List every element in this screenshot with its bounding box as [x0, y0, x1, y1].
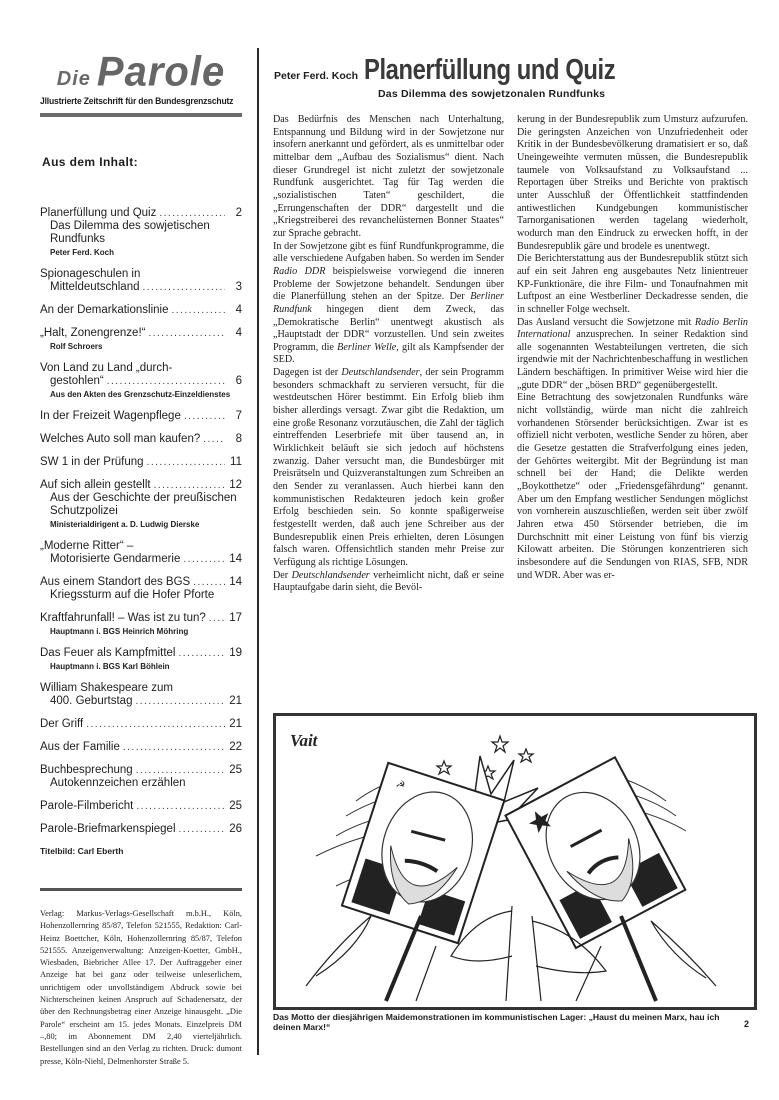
toc-leader-dots [136, 764, 225, 777]
toc-entry-title: Aus der Familie [40, 741, 120, 754]
toc-entry-author: Ministerialdirigent a. D. Ludwig Dierske [40, 519, 242, 530]
cartoon-signature: Vait [290, 731, 319, 750]
station-name: Deutschlandsender [341, 367, 419, 378]
imprint-divider [40, 888, 242, 891]
toc-entry-author: Peter Ferd. Koch [40, 247, 242, 258]
toc-entry-title-line: Spionageschulen in [40, 268, 242, 281]
article-column-1: Das Bedürfnis des Menschen nach Unterhal… [273, 114, 504, 595]
toc-entry[interactable]: William Shakespeare zum400. Geburtstag21 [40, 682, 242, 708]
article-paragraph: Dagegen ist der Deutschlandsender, der s… [273, 367, 504, 570]
toc-leader-dots [107, 375, 225, 388]
toc-entry[interactable]: Aus der Familie22 [40, 741, 242, 754]
column-divider [257, 48, 259, 1055]
toc-entry[interactable]: Welches Auto soll man kaufen?8 [40, 433, 242, 446]
toc-leader-dots [148, 327, 225, 340]
toc-entry-title: Mitteldeutschland [50, 281, 140, 294]
station-name: Berliner Welle [337, 342, 396, 353]
toc-page-number: 25 [228, 764, 242, 777]
toc-entry[interactable]: SW 1 in der Prüfung11 [40, 456, 242, 469]
article-header: Peter Ferd. Koch Planerfüllung und Quiz … [274, 54, 754, 100]
toc-page-number: 2 [228, 207, 242, 220]
magazine-logo: Die Parole [40, 50, 242, 92]
toc-page-number: 3 [228, 281, 242, 294]
toc-leader-dots [135, 695, 225, 708]
article-paragraph: Eine Betrachtung des sowjetzonalen Rundf… [517, 392, 748, 582]
article-paragraph: Das Ausland versucht die Sowjetzone mit … [517, 317, 748, 393]
table-of-contents: Planerfüllung und Quiz2Das Dilemma des s… [40, 207, 242, 836]
toc-leader-dots [203, 433, 225, 446]
toc-entry-title: SW 1 in der Prüfung [40, 456, 144, 469]
toc-entry-title: Aus einem Standort des BGS [40, 576, 190, 589]
magazine-tagline: Jllustrierte Zeitschrift für den Bundesg… [40, 96, 226, 106]
toc-entry-title: In der Freizeit Wagenpflege [40, 410, 181, 423]
toc-leader-dots [154, 479, 225, 492]
toc-leader-dots [209, 612, 225, 625]
toc-page-number: 21 [228, 718, 242, 731]
toc-page-number: 14 [228, 576, 242, 589]
toc-leader-dots [183, 553, 225, 566]
toc-page-number: 21 [228, 695, 242, 708]
toc-entry[interactable]: Das Feuer als Kampfmittel19Hauptmann i. … [40, 647, 242, 672]
toc-page-number: 17 [228, 612, 242, 625]
toc-entry-title: Das Feuer als Kampfmittel [40, 647, 176, 660]
article-author: Peter Ferd. Koch [274, 70, 358, 82]
masthead: Die Parole Jllustrierte Zeitschrift für … [40, 50, 242, 117]
toc-entry-author: Rolf Schroers [40, 341, 242, 352]
toc-page-number: 25 [228, 800, 242, 813]
toc-leader-dots [179, 823, 225, 836]
toc-entry-title: Der Griff [40, 718, 83, 731]
cartoon-illustration: Vait ☭ [273, 713, 757, 1010]
toc-leader-dots [179, 647, 226, 660]
toc-entry-title: gestohlen“ [50, 375, 104, 388]
toc-page-number: 14 [228, 553, 242, 566]
page-number: 2 [744, 1019, 749, 1029]
toc-page-number: 12 [228, 479, 242, 492]
cartoon-drawing: Vait ☭ [276, 716, 754, 1007]
toc-entry-title: Welches Auto soll man kaufen? [40, 433, 200, 446]
toc-entry[interactable]: Planerfüllung und Quiz2Das Dilemma des s… [40, 207, 242, 258]
toc-entry-subtitle: Kriegssturm auf die Hofer Pforte [40, 589, 242, 602]
toc-entry-author: Hauptmann i. BGS Karl Böhlein [40, 661, 242, 672]
toc-entry-author: Hauptmann i. BGS Heinrich Möhring [40, 626, 242, 637]
masthead-divider [40, 113, 242, 117]
toc-leader-dots [184, 410, 225, 423]
toc-entry-title: Motorisierte Gendarmerie [50, 553, 180, 566]
article-title: Planerfüllung und Quiz [364, 54, 615, 87]
toc-leader-dots [136, 800, 225, 813]
article-paragraph: Die Berichterstattung aus der Bundesrepu… [517, 253, 748, 316]
toc-page-number: 4 [228, 304, 242, 317]
toc-page-number: 22 [228, 741, 242, 754]
cartoon-caption: Das Motto der diesjährigen Maidemonstrat… [273, 1013, 743, 1032]
toc-leader-dots [159, 207, 225, 220]
article-paragraph: In der Sowjetzone gibt es fünf Rundfunkp… [273, 241, 504, 368]
toc-entry[interactable]: Aus einem Standort des BGS14Kriegssturm … [40, 576, 242, 602]
logo-prefix: Die [57, 68, 91, 91]
toc-entry-title: 400. Geburtstag [50, 695, 132, 708]
toc-entry-title: Parole-Briefmarkenspiegel [40, 823, 176, 836]
toc-entry[interactable]: In der Freizeit Wagenpflege7 [40, 410, 242, 423]
toc-page-number: 26 [228, 823, 242, 836]
toc-entry[interactable]: Buchbesprechung25Autokennzeichen erzähle… [40, 764, 242, 790]
toc-entry-title-line: Von Land zu Land „durch- [40, 362, 242, 375]
toc-entry-title: Planerfüllung und Quiz [40, 207, 156, 220]
toc-leader-dots [123, 741, 225, 754]
station-name: Radio Berlin International [517, 317, 748, 341]
toc-entry[interactable]: „Halt, Zonengrenze!“4Rolf Schroers [40, 327, 242, 352]
toc-leader-dots [143, 281, 226, 294]
toc-entry[interactable]: Kraftfahrunfall! – Was ist zu tun?17Haup… [40, 612, 242, 637]
article-paragraph: kerung in der Bundesrepublik zum Umsturz… [517, 114, 748, 253]
toc-leader-dots [147, 456, 225, 469]
toc-entry-title: Auf sich allein gestellt [40, 479, 151, 492]
sidebar: Die Parole Jllustrierte Zeitschrift für … [40, 50, 242, 1068]
toc-entry-subtitle: Das Dilemma des sowjetischen Rundfunks [40, 220, 242, 246]
toc-page-number: 19 [228, 647, 242, 660]
toc-page-number: 7 [228, 410, 242, 423]
toc-entry-title: „Halt, Zonengrenze!“ [40, 327, 145, 340]
toc-entry-title: Buchbesprechung [40, 764, 133, 777]
toc-entry[interactable]: Auf sich allein gestellt12Aus der Geschi… [40, 479, 242, 530]
toc-page-number: 6 [228, 375, 242, 388]
toc-entry-subtitle: Aus der Geschichte der preußischen Schut… [40, 492, 242, 518]
logo-main: Parole [97, 49, 225, 96]
station-name: Deutschlandsender [292, 570, 370, 581]
toc-entry[interactable]: Spionageschulen inMitteldeutschland3 [40, 268, 242, 294]
toc-entry-title-line: William Shakespeare zum [40, 682, 242, 695]
toc-page-number: 4 [228, 327, 242, 340]
cover-credit: Titelbild: Carl Eberth [40, 846, 242, 856]
toc-leader-dots [171, 304, 225, 317]
toc-leader-dots [86, 718, 225, 731]
toc-heading: Aus dem Inhalt: [42, 155, 242, 169]
article-subtitle: Das Dilemma des sowjetzonalen Rundfunks [378, 88, 754, 100]
toc-entry-title: Kraftfahrunfall! – Was ist zu tun? [40, 612, 206, 625]
toc-entry-title: Parole-Filmbericht [40, 800, 133, 813]
toc-entry[interactable]: Parole-Filmbericht25 [40, 800, 242, 813]
toc-entry[interactable]: „Moderne Ritter“ –Motorisierte Gendarmer… [40, 540, 242, 566]
toc-entry-title: An der Demarkationslinie [40, 304, 168, 317]
article-paragraph: Der Deutschlandsender verheimlicht nicht… [273, 570, 504, 595]
toc-entry-author: Aus den Akten des Grenzschutz-Einzeldien… [40, 389, 242, 400]
toc-entry[interactable]: Der Griff21 [40, 718, 242, 731]
toc-page-number: 11 [228, 456, 242, 469]
imprint-text: Verlag: Markus-Verlags-Gesellschaft m.b.… [40, 908, 242, 1068]
toc-entry[interactable]: Parole-Briefmarkenspiegel26 [40, 823, 242, 836]
article-paragraph: Das Bedürfnis des Menschen nach Unterhal… [273, 114, 504, 241]
station-name: Radio DDR [273, 266, 325, 277]
toc-entry[interactable]: Von Land zu Land „durch-gestohlen“6Aus d… [40, 362, 242, 400]
station-name: Berliner Rundfunk [273, 291, 504, 315]
toc-leader-dots [193, 576, 225, 589]
toc-entry-title-line: „Moderne Ritter“ – [40, 540, 242, 553]
toc-entry[interactable]: An der Demarkationslinie4 [40, 304, 242, 317]
article-column-2: kerung in der Bundesrepublik zum Umsturz… [517, 114, 748, 582]
toc-entry-subtitle: Autokennzeichen erzählen [40, 777, 242, 790]
toc-page-number: 8 [228, 433, 242, 446]
